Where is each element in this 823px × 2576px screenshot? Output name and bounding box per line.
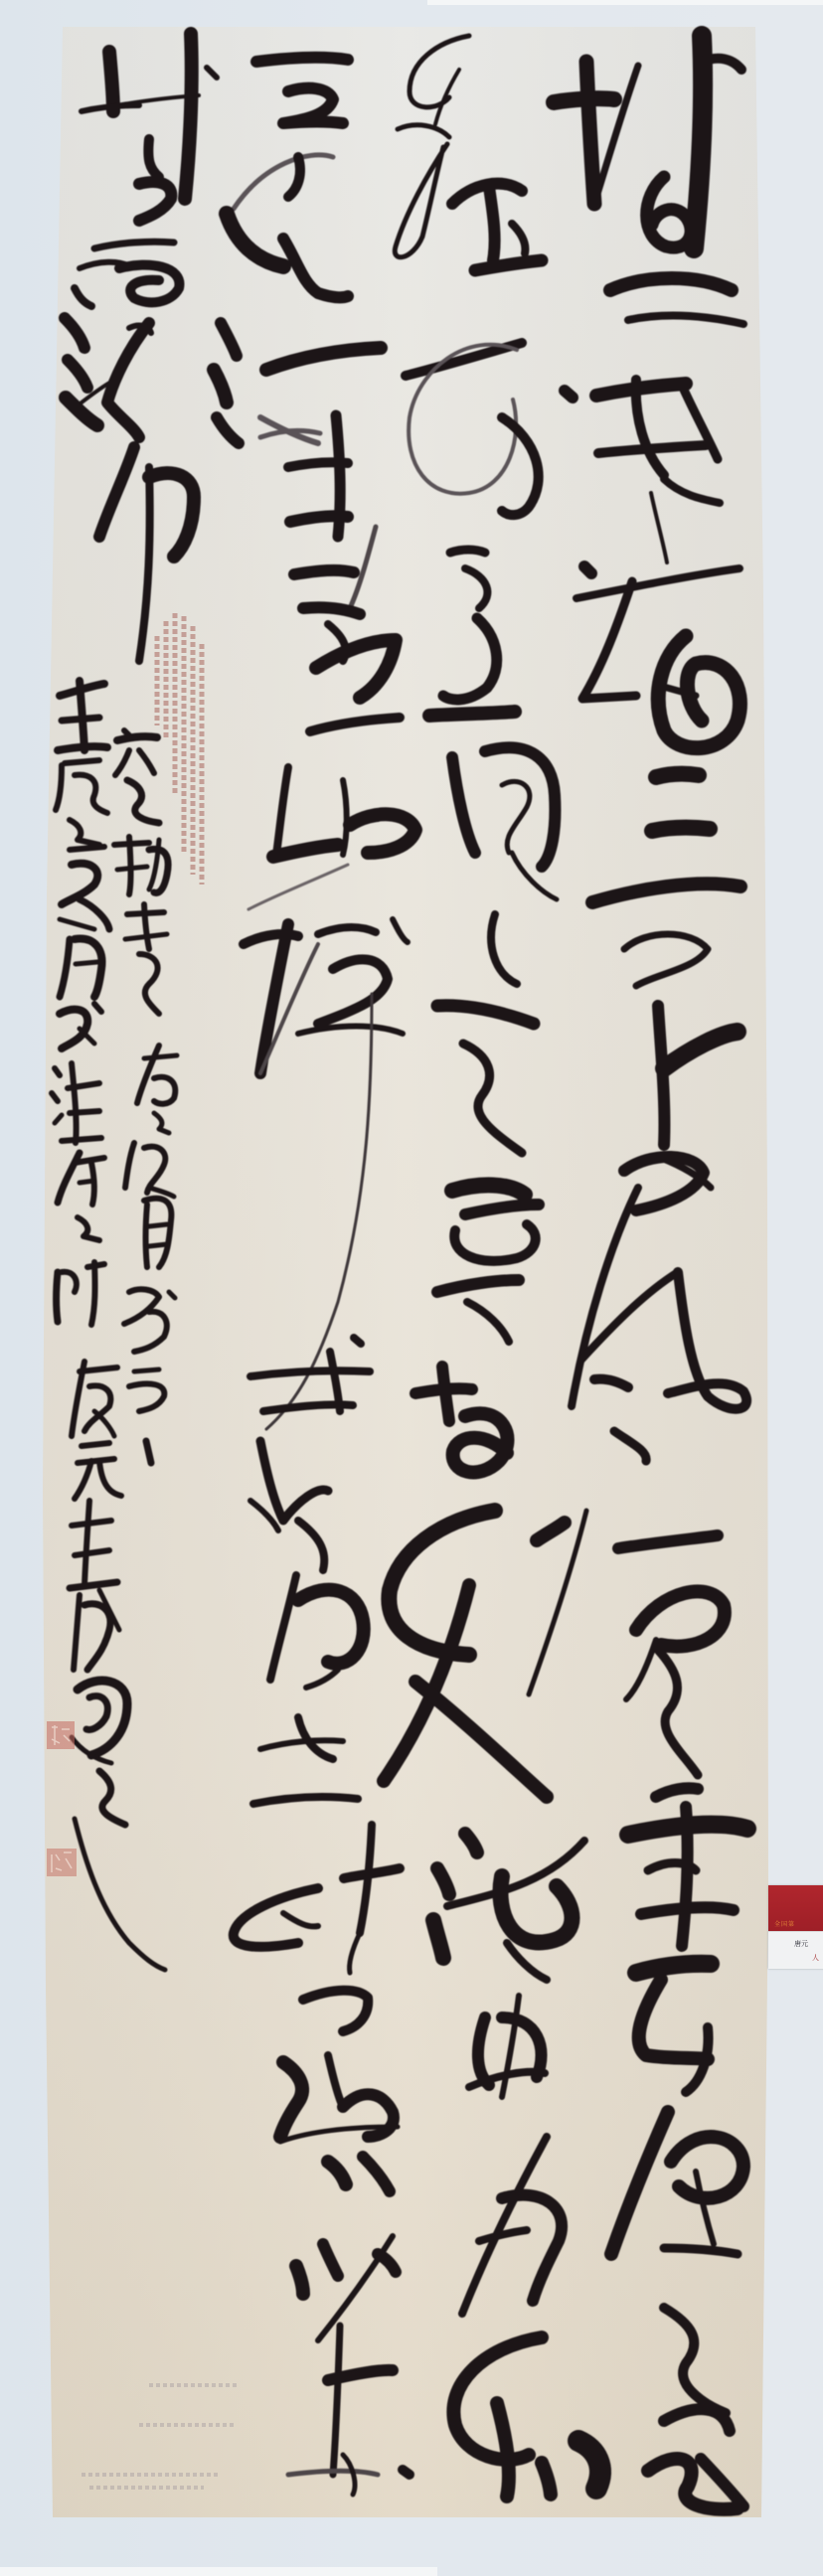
brush-stroke — [586, 62, 594, 204]
brush-stroke — [76, 962, 97, 964]
brush-stroke — [91, 1262, 95, 1325]
brush-stroke — [403, 2470, 410, 2475]
seal-stamp-upper — [47, 1721, 75, 1749]
brush-stroke — [146, 1205, 148, 1267]
exhibition-label: 全国第 唐元 人 — [768, 1885, 823, 1969]
brush-stroke — [80, 1181, 94, 1183]
brush-stroke — [70, 1111, 99, 1113]
brush-stroke — [58, 746, 107, 750]
brush-stroke — [256, 58, 348, 62]
brush-stroke — [542, 2463, 551, 2495]
brush-stroke — [290, 516, 348, 522]
brush-stroke — [288, 462, 348, 467]
scroll-artwork — [0, 0, 823, 2576]
brush-stroke — [682, 1807, 688, 1946]
brush-stroke — [134, 1369, 159, 1371]
brush-stroke — [450, 550, 485, 553]
brush-stroke — [149, 1224, 167, 1226]
brush-stroke — [303, 607, 360, 614]
brush-stroke — [489, 187, 495, 260]
brush-stroke — [117, 736, 157, 740]
label-header: 全国第 — [768, 1885, 823, 1931]
brush-stroke — [117, 867, 147, 870]
brush-stroke — [656, 774, 699, 777]
brush-stroke — [124, 730, 129, 735]
brush-stroke — [62, 1138, 101, 1141]
brush-stroke — [149, 1244, 167, 1246]
label-header-text: 全国第 — [774, 1919, 795, 1928]
label-body: 唐元 人 — [768, 1931, 823, 1969]
brush-stroke — [80, 1368, 117, 1371]
brush-stroke — [70, 847, 104, 850]
photo-stage: 全国第 唐元 人 — [0, 0, 823, 2576]
brush-stroke — [91, 1163, 94, 1205]
brush-stroke — [433, 1920, 443, 1958]
brush-stroke — [442, 1367, 449, 1421]
brush-stroke — [62, 718, 99, 721]
brush-stroke — [65, 760, 99, 763]
brush-stroke — [641, 1907, 734, 1914]
brush-stroke — [294, 570, 354, 574]
brush-stroke — [144, 1055, 177, 1058]
brush-stroke — [82, 1443, 109, 1446]
brush-stroke — [565, 391, 573, 398]
brush-stroke — [146, 1441, 151, 1463]
brush-stroke — [57, 1272, 59, 1322]
brush-stroke — [636, 1964, 711, 1973]
calligraphy-glyph — [146, 1441, 151, 1463]
brush-stroke — [584, 566, 591, 573]
brush-stroke — [354, 1338, 361, 1344]
brush-stroke — [129, 837, 131, 894]
brush-stroke — [55, 1068, 60, 1075]
brush-stroke — [296, 2266, 303, 2294]
brush-stroke — [78, 1459, 114, 1463]
brush-stroke — [694, 36, 703, 248]
label-artist-text: 唐元 — [794, 1939, 808, 1949]
brush-stroke — [652, 828, 710, 831]
brush-stroke — [109, 52, 113, 111]
brush-stroke — [185, 34, 192, 199]
label-sub-text: 人 — [812, 1953, 819, 1963]
brush-stroke — [429, 712, 515, 716]
seal-stamp-lower — [47, 1849, 77, 1876]
